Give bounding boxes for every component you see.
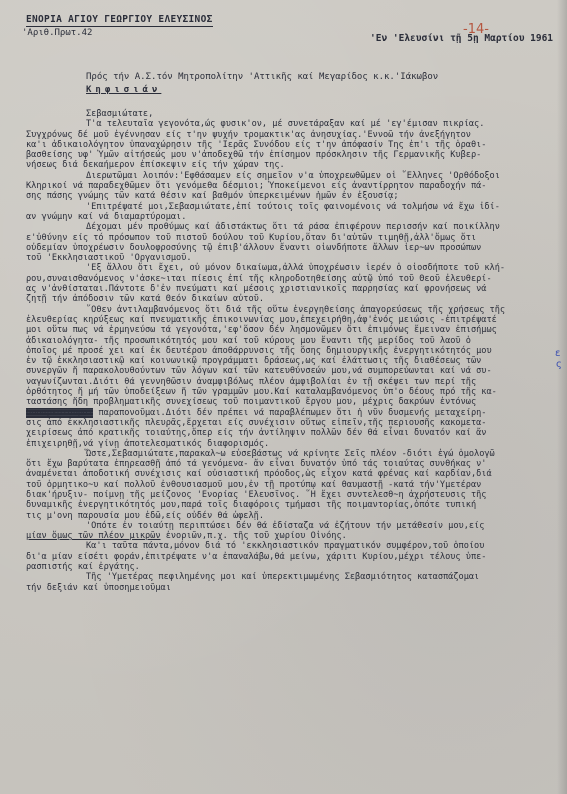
letter-line: ζητῇ τήν ἀπόδοσιν τῶν κατά Θεόν δικαίων … [26,294,556,304]
letter-line: ταστάσης ἤδη προβληματικῆς συνεχίσεως το… [26,397,556,407]
letter-line: σης πάσης γνώμης τῶν κατά θέσιν καί βαθμ… [26,191,556,201]
letter-line: ρου,συναισθανόμενος ν'ἀσκε~ιται πίεσις ἐ… [26,274,556,284]
letter-line: ἀδικαιολόγητα- τῆς προσωπικότητός μου κα… [26,336,556,346]
letter-line: συνεργῶν ἤ παρακολουθούντων τῶν λόγων κα… [26,366,556,376]
letter-line: Δέχομαι μέν προθύμως καί ἀδιστάκτως ὅτι … [26,222,556,232]
letter-line: τις μ'ονη παρουσία μου ἐδῶ,είς οὐδέν θά … [26,511,556,521]
letter-line: μίαν ὅμως τῶν πλέον μικρῶν ἐνοριῶν,π.χ. … [26,531,556,541]
protocol-number: 'Αριθ.Πρωτ.42 [22,28,92,38]
underlined-phrase: μίαν ὅμως τῶν πλέον μικρῶν [26,531,161,541]
letter-line: Συγχρόνως δέ μοῦ ἐγέννησαν είς τ'ην ψυχή… [26,130,556,140]
letter-line: ναγωνίζωνται.Διότι θά γεννηθῶσιν ἀναμφιβ… [26,377,556,387]
paper-edge-shadow [557,0,567,794]
salutation: Σεβασμιώτατε, [26,109,556,119]
letter-line: ὁποῖος μέ προσέ χει καί ἐκ δευτέρου ἀποθ… [26,346,556,356]
letter-line: ῞Οθεν ἀντιλαμβανόμενος ὅτι διά τῆς οὕτω … [26,305,556,315]
letter-body: Σεβασμιώτατε, Τ'α τελευταῖα γεγονότα,ώς … [26,109,556,593]
letter-line: ε'ὐθύνην είς τό πρόσωπον τοῦ πιστοῦ δούλ… [26,233,556,243]
letter-line: βασθείσης υφ' Ὑμῶν αἰτήσεώς μου ν'ἀποδεχ… [26,150,556,160]
letter-line: τοῦ ὁρμητικο~υ καί πολλοῦ ἐνθουσιασμοῦ μ… [26,480,556,490]
margin-pen-note: ς [556,359,562,370]
letter-line: τήν δεξιάν καί ὑποσημειοῦμαι [26,583,556,593]
letter-line: Κα'ι ταῦτα πάντα,μόνον διά τό 'εκκλησιασ… [26,541,556,551]
letter-line: μοι οὕτω πως νά ἑρμηνεύσω τά γεγονότα,'ε… [26,325,556,335]
parish-header: ΕΝΟΡΙΑ ΑΓΙΟΥ ΓΕΩΡΓΙΟΥ ΕΛΕΥΣΙΝΟΣ [26,14,213,27]
line-rest: ἐνοριῶν,π.χ. τῆς τοῦ χωρίου Οἰνόης. [161,531,347,541]
letter-line: ρασπιστής καί ἐργάτης. [26,562,556,572]
struck-out-word: δυσαρεστοῦμαι [26,408,93,418]
letter-line: ἐν τῷ ἐκκλησιαστικῷ καί κοινωνικῷ προγρά… [26,356,556,366]
letter-line: ἐλευθερίας κηρύξεως καί πνευματικῆς ἐπικ… [26,315,556,325]
letter-line: νήσεως διά δεκαήμερον ἐπίσκεψιν είς τήν … [26,160,556,170]
letter-line: ας ν'ἀνθίσταται.Πάντοτε δ'ἐν πνεύματι κα… [26,284,556,294]
letter-line: διακ'ήρυξιν- ποίμνῃ τῆς μείζονος 'Ενορία… [26,490,556,500]
letter-line: Κληρικοί νά παραδεχθῶμεν ὅτι γενόμεθα δέ… [26,181,556,191]
letter-line: Τ'α τελευταῖα γεγονότα,ώς φυσικ'ον, μέ σ… [26,119,556,129]
letter-line: δυναμικῆς ἐνεργητικότητός μου,παρά τοῖς … [26,500,556,510]
letter-line: οὐδεμίαν ὑποχρέωσιν δουλοφροσύνης τῷ ἐπι… [26,243,556,253]
letter-line: ἀναμένεται ἀποδοτική συνέχισις καί οὐσια… [26,469,556,479]
letter-line: Διερωτῶμαι λοιπόν:'Εφθάσαμεν είς σημεῖον… [26,171,556,181]
letter-line: τοῦ 'Εκκλησιαστικοῦ 'Οργανισμοῦ. [26,253,556,263]
letter-line: 'Οπότε ἐν τοιαύτῃ περιπτώσει δέν θά ἐδίσ… [26,521,556,531]
line-rest: παραπονοῦμαι.Διότι δέν πρέπει νά παραβλέ… [93,408,486,418]
letter-date: 'Εν 'Ελευσίνι τῇ 5ῃ Μαρτίου 1961 [370,33,553,44]
addressee-line: Πρός τήν Α.Σ.τόν Μητροπολίτην 'Αττικῆς κ… [86,72,438,82]
letter-line: δυσαρεστοῦμαι παραπονοῦμαι.Διότι δέν πρέ… [26,408,556,418]
addressee-city: Κηφισιάν [86,85,161,95]
letter-line: 'Εξ ἄλλου ὅτι ἔχει, οὐ μόνον δικαίωμα,ἀλ… [26,263,556,273]
letter-line: κα'ι ἀδικαιολόγητον ὑπαναχώρησιν τῆς 'Ιε… [26,140,556,150]
margin-pen-note: ε [555,348,560,359]
letter-line: ὀρθότητος ἤ μή τῶν ὑποδείξεων ἤ τῶν γραμ… [26,387,556,397]
letter-line: Ὥστε,Σεβασμιώτατε,παρακαλ~ω εὐσεβάστως ν… [26,449,556,459]
letter-line: αν γνώμην καί νά διαμαρτύρομαι. [26,212,556,222]
letter-line: ὅτι ἔχω βαρύτατα ἐπηρεασθῇ ἀπό τά γενόμε… [26,459,556,469]
letter-line: Τῆς 'Υμετέρας πεφιλημένης μοι καί ὑπερεκ… [26,572,556,582]
letter-line: 'Επιτρέψατέ μοι,Σεβασμιώτατε,ἐπί τούτοις… [26,202,556,212]
letter-line: χειρίσεως ἀπό κρατικῆς τοιαύτης,ὅπερ είς… [26,428,556,438]
letter-line: σις ἀπό ἐκκλησιαστικῆς πλευρᾶς,ἔρχεται ε… [26,418,556,428]
letter-line: δι'α μίαν είσέτι φοράν,ἐπιτρέψατε ν'α ἐπ… [26,552,556,562]
letter-line: ἐπιχειρηθῇ,νά γίνῃ ἀποτελεσματικός διαφο… [26,439,556,449]
